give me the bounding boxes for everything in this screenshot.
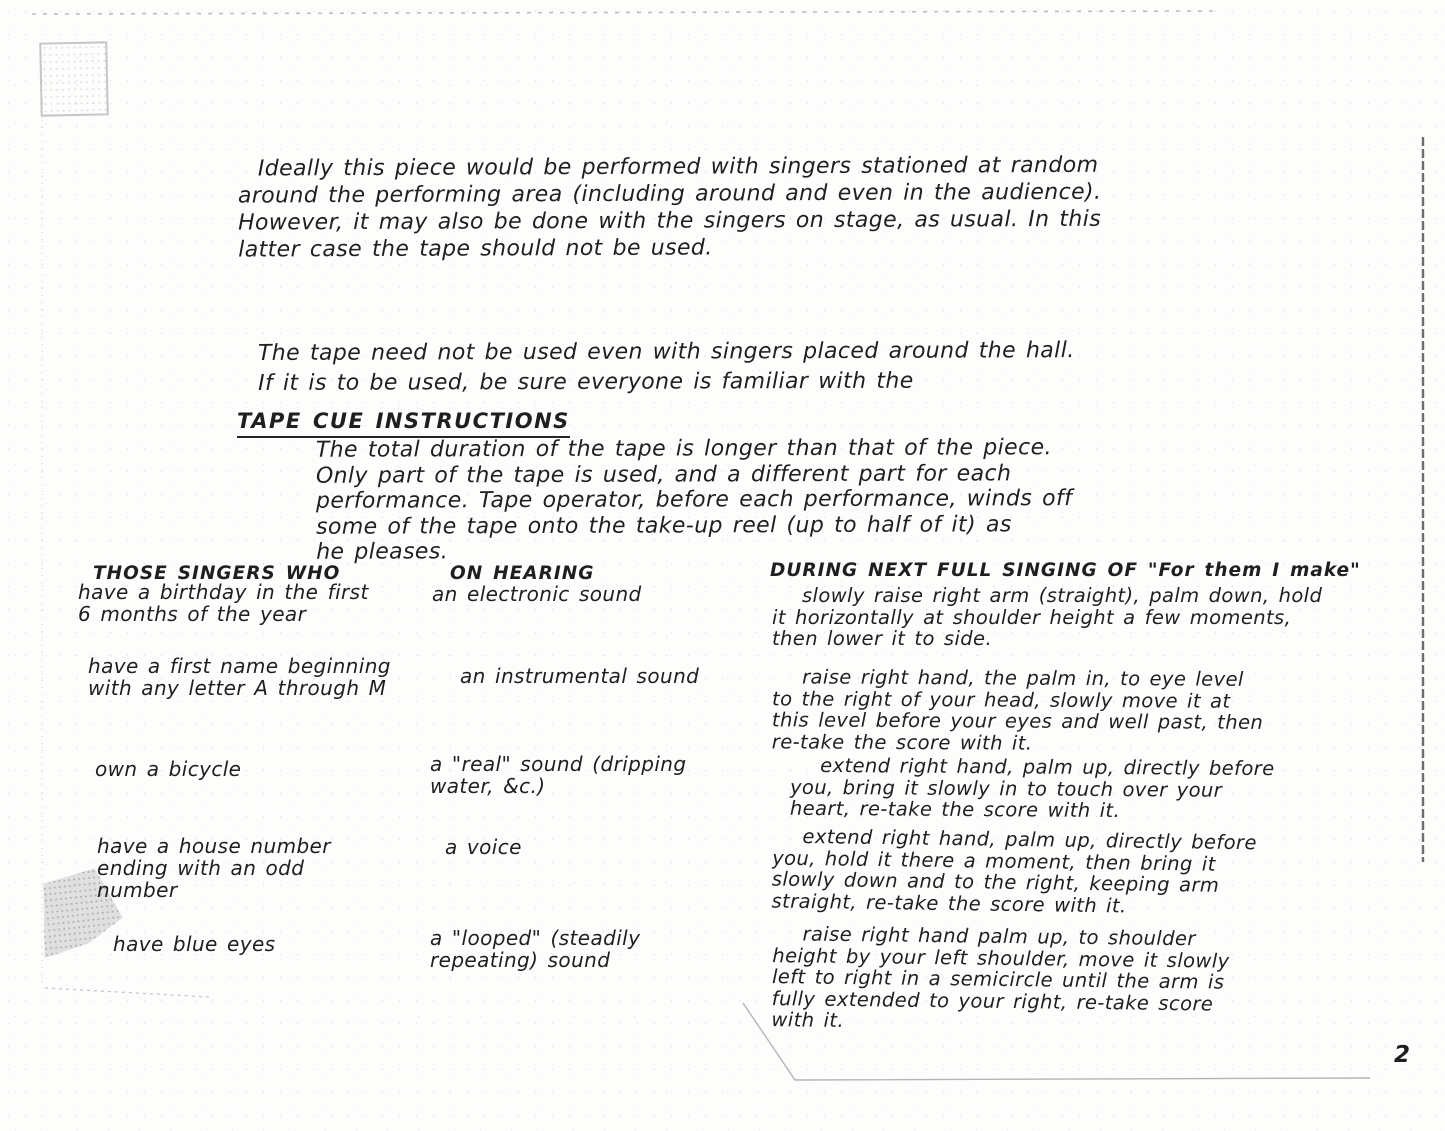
- table-row-3-hearing: a "real" sound (dripping water, &c.): [430, 753, 686, 797]
- table-row-5-hearing: a "looped" (steadily repeating) sound: [430, 927, 640, 971]
- table-row-3-gesture: extend right hand, palm up, directly bef…: [790, 755, 1430, 824]
- scanned-page: Ideally this piece would be performed wi…: [0, 0, 1445, 1131]
- table-row-5-gesture: raise right hand palm up, to shoulder he…: [771, 923, 1412, 1038]
- intro-paragraph-1: Ideally this piece would be performed wi…: [238, 150, 1403, 263]
- table-row-5-who: have blue eyes: [113, 933, 276, 955]
- column-header-on-hearing: ON HEARING: [450, 563, 594, 584]
- table-row-1-gesture: slowly raise right arm (straight), palm …: [772, 585, 1412, 650]
- tape-cue-heading: TAPE CUE INSTRUCTIONS: [237, 409, 570, 438]
- table-row-2-gesture: raise right hand, the palm in, to eye le…: [772, 666, 1412, 755]
- stamp-mark: [39, 41, 109, 116]
- table-row-4-who: have a house number ending with an odd n…: [97, 835, 331, 901]
- table-row-2-hearing: an instrumental sound: [460, 665, 699, 687]
- table-row-2-who: have a first name beginning with any let…: [88, 655, 391, 699]
- intro-paragraph-2: The tape need not be used even with sing…: [258, 335, 1388, 399]
- page-number: 2: [1394, 1042, 1410, 1068]
- table-row-1-hearing: an electronic sound: [432, 583, 642, 605]
- table-row-4-gesture: extend right hand, palm up, directly bef…: [771, 826, 1412, 921]
- tape-cue-body: The total duration of the tape is longer…: [316, 434, 1326, 565]
- column-header-during-singing: DURING NEXT FULL SINGING OF "For them I …: [770, 560, 1410, 581]
- table-row-3-who: own a bicycle: [95, 758, 241, 780]
- table-row-4-hearing: a voice: [445, 836, 522, 858]
- table-row-1-who: have a birthday in the first 6 months of…: [78, 581, 369, 625]
